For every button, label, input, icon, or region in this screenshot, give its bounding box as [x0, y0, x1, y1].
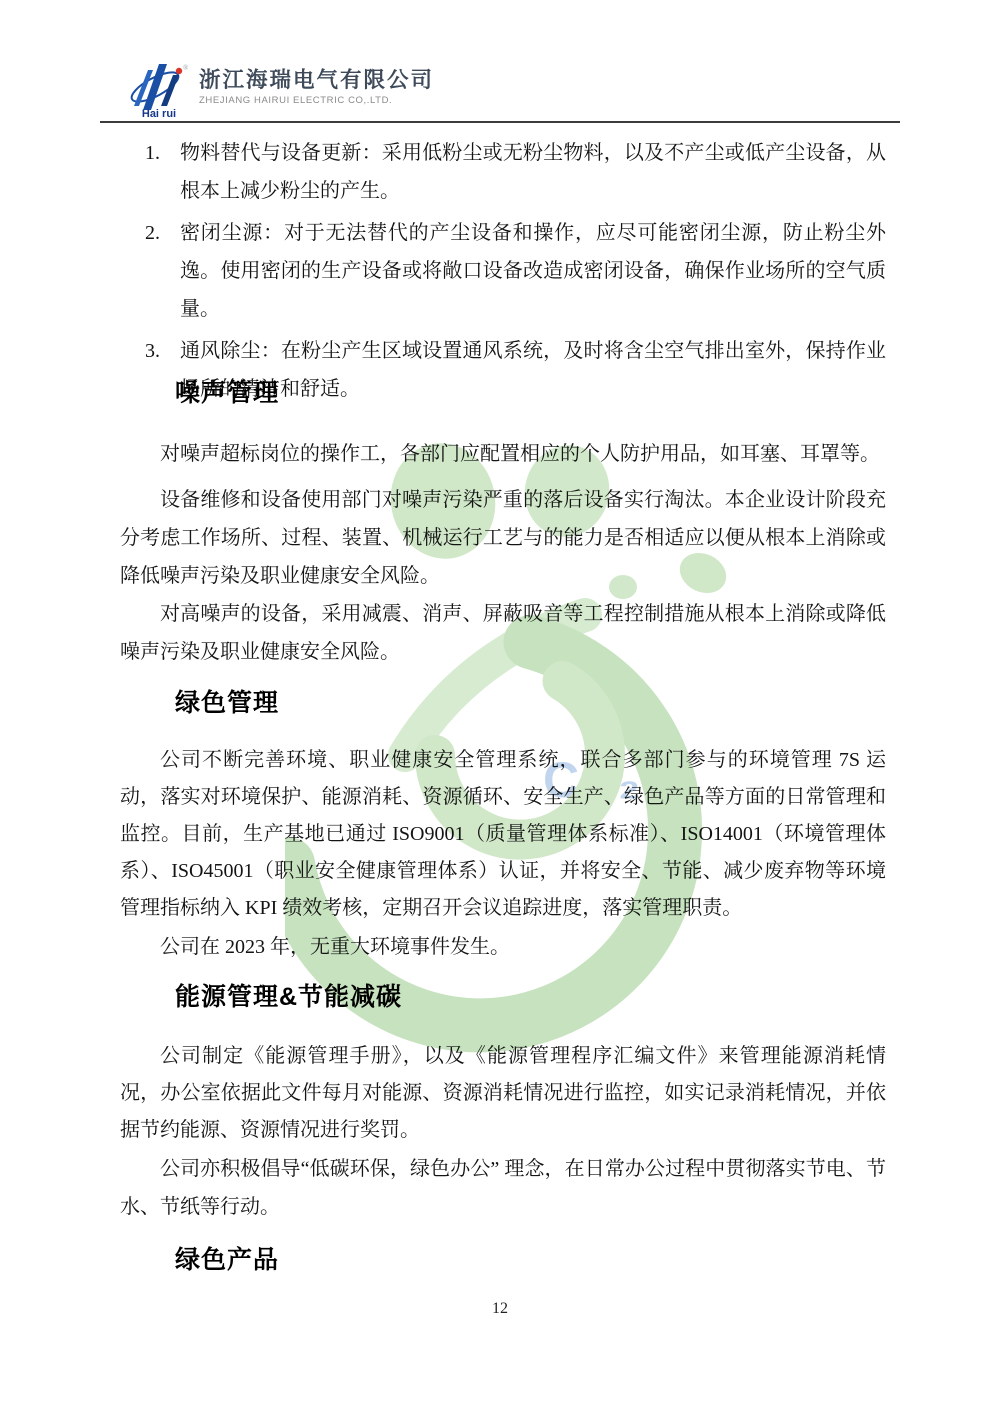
list-item-number: 2.	[120, 214, 180, 328]
logo-mark-text: Hai rui	[142, 108, 176, 120]
company-logo: ® Hai rui 浙江海瑞电气有限公司 ZHEJIANG HAIRUI ELE…	[128, 62, 434, 120]
paragraph: 公司亦积极倡导“低碳环保，绿色办公” 理念，在日常办公过程中贯彻落实节电、节水、…	[120, 1150, 886, 1226]
list-item-text: 密闭尘源：对于无法替代的产尘设备和操作，应尽可能密闭尘源，防止粉尘外逸。使用密闭…	[180, 214, 886, 328]
company-name-zh: 浙江海瑞电气有限公司	[199, 68, 434, 92]
company-names: 浙江海瑞电气有限公司 ZHEJIANG HAIRUI ELECTRIC CO,.…	[199, 62, 434, 106]
list-item-text: 物料替代与设备更新：采用低粉尘或无粉尘物料，以及不产尘或低产尘设备，从根本上减少…	[180, 134, 886, 210]
paragraph: 对高噪声的设备，采用减震、消声、屏蔽吸音等工程控制措施从根本上消除或降低噪声污染…	[120, 595, 886, 671]
page-number: 12	[0, 1300, 1000, 1318]
paragraph: 公司制定《能源管理手册》，以及《能源管理程序汇编文件》来管理能源消耗情况，办公室…	[120, 1038, 886, 1149]
section-heading-green-management: 绿色管理	[120, 683, 941, 719]
section-heading-green-products: 绿色产品	[120, 1240, 941, 1276]
list-item-number: 1.	[120, 134, 180, 210]
company-name-en: ZHEJIANG HAIRUI ELECTRIC CO,.LTD.	[199, 95, 434, 106]
section-heading-energy-management: 能源管理&节能减碳	[120, 977, 941, 1013]
hairui-logo-mark: ® Hai rui	[128, 62, 190, 120]
paragraph: 对噪声超标岗位的操作工，各部门应配置相应的个人防护用品，如耳塞、耳罩等。	[120, 435, 886, 473]
document-page: CO₂ ® Hai rui 浙江海瑞电气有限公司 ZHEJIANG HAIRUI…	[0, 0, 1000, 1414]
hairui-logo-icon: ®	[128, 62, 190, 112]
list-item: 1. 物料替代与设备更新：采用低粉尘或无粉尘物料，以及不产尘或低产尘设备，从根本…	[120, 134, 886, 210]
section-heading-noise-management: 噪声管理	[120, 373, 941, 409]
paragraph: 公司在 2023 年，无重大环境事件发生。	[120, 928, 886, 966]
header-divider	[100, 121, 900, 123]
logo-red-dot	[176, 68, 182, 74]
dust-control-list: 1. 物料替代与设备更新：采用低粉尘或无粉尘物料，以及不产尘或低产尘设备，从根本…	[120, 134, 886, 412]
paragraph: 公司不断完善环境、职业健康安全管理系统，联合多部门参与的环境管理 7S 运动，落…	[120, 742, 886, 927]
paragraph: 设备维修和设备使用部门对噪声污染严重的落后设备实行淘汰。本企业设计阶段充分考虑工…	[120, 481, 886, 595]
registered-mark-icon: ®	[183, 64, 189, 72]
list-item: 2. 密闭尘源：对于无法替代的产尘设备和操作，应尽可能密闭尘源，防止粉尘外逸。使…	[120, 214, 886, 328]
